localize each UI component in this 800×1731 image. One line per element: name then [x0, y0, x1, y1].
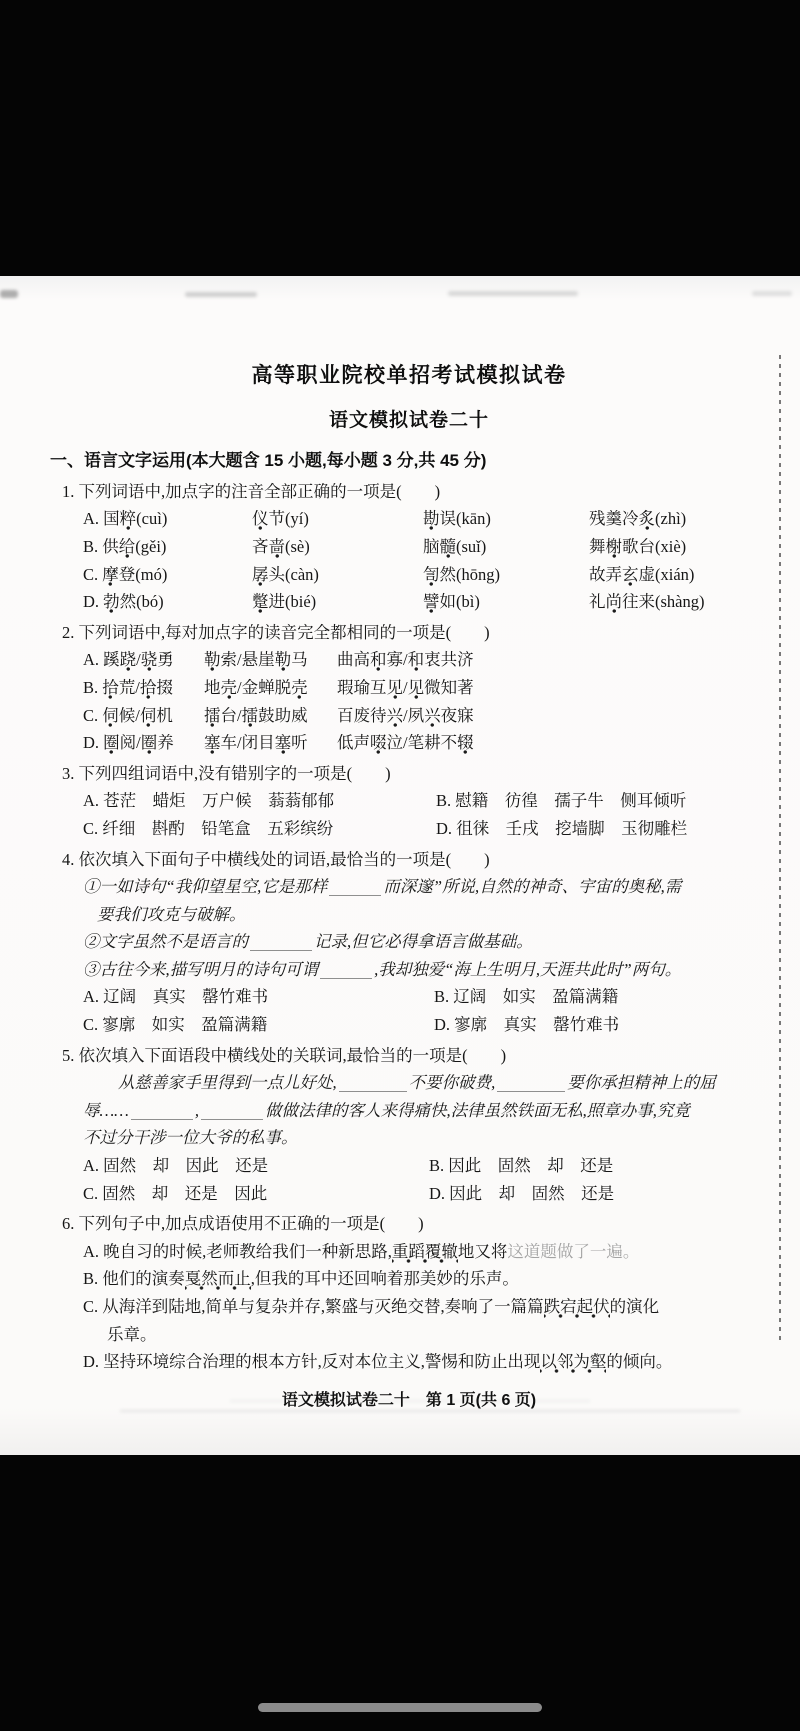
text-segment: 进(bié) [269, 592, 317, 611]
option-cell: 譬如(bì) [423, 588, 589, 616]
text-segment: B. 慰籍 彷徨 孺子牛 侧耳倾听 [436, 791, 686, 810]
emphasized-text: 壳 [221, 678, 238, 699]
option-cell: 舞榭歌台(xiè) [589, 533, 768, 561]
text-segment: D. 寥廓 真实 罄竹难书 [434, 1015, 619, 1034]
text-segment: 衷共济 [424, 650, 474, 669]
text-segment: (cuì) [136, 509, 167, 528]
text-segment: 记录,但它必得拿语言做基础。 [314, 932, 533, 951]
emphasized-text: 见 [408, 678, 425, 699]
question-stem-text: 下列四组词语中,没有错别字的一项是( ) [79, 764, 391, 783]
option-cell: 孱头(càn) [252, 561, 423, 589]
blank-line [250, 934, 312, 952]
option-cell: A. 辽阔 真实 罄竹难书 [83, 983, 434, 1011]
text-segment: B. [83, 678, 102, 697]
emphasized-text: 譬 [423, 592, 440, 613]
option-cell: B. 慰籍 彷徨 孺子牛 侧耳倾听 [436, 787, 768, 815]
text-segment: 而深邃”所说,自然的神奇、宇宙的奥秘,需 [383, 877, 681, 896]
text-segment: 要我们攻克与破解。 [97, 905, 246, 924]
option-cell: B. 拾荒/拾掇 [83, 674, 204, 702]
text-segment: 这道题做了一遍。 [507, 1242, 639, 1261]
question-stem-text: 下列句子中,加点成语使用不正确的一项是( ) [79, 1214, 424, 1233]
option-row: D. 圈阅/圈养塞车/闭目塞听低声啜泣/笔耕不辍 [83, 729, 768, 757]
emphasized-text: 戛然而止 [185, 1269, 251, 1290]
text-segment: B. 因此 固然 却 还是 [429, 1156, 613, 1175]
question-3: 3. 下列四组词语中,没有错别字的一项是( )A. 苍茫 蜡炬 万户候 蓊蓊郁郁… [50, 760, 768, 843]
question-paragraph: ②文字虽然不是语言的记录,但它必得拿语言做基础。 [83, 928, 768, 956]
text-segment: A. 蹊 [83, 650, 120, 669]
text-segment: 掇 [156, 678, 173, 697]
question-paragraph: A. 晚自习的时候,老师教给我们一种新思路,重蹈覆辙地又将这道题做了一遍。 [83, 1238, 768, 1266]
text-segment: ,我却独爱“海上生明月,天涯共此时”两句。 [374, 960, 681, 979]
option-cell: A. 国粹(cuì) [83, 505, 252, 533]
question-number: 4. [62, 850, 79, 869]
text-segment: 歌台(xiè) [622, 537, 686, 556]
text-segment: 听 [291, 733, 308, 752]
text-segment: /金蝉脱 [237, 678, 291, 697]
question-stem: 2. 下列词语中,每对加点字的读音完全都相同的一项是( ) [62, 619, 768, 647]
question-stem: 3. 下列四组词语中,没有错别字的一项是( ) [62, 760, 768, 788]
question-paragraph: D. 坚持环境综合治理的根本方针,反对本位主义,警惕和防止出现以邻为壑的倾向。 [83, 1348, 768, 1376]
text-segment: , [195, 1101, 199, 1120]
paper-subtitle: 语文模拟试卷二十 [50, 407, 768, 435]
text-segment: 往来(shàng) [622, 592, 704, 611]
emphasized-text: 勒 [275, 650, 292, 671]
option-cell: B. 因此 固然 却 还是 [429, 1152, 768, 1180]
text-segment: 鼓助威 [258, 706, 308, 725]
question-paragraph: 乐章。 [107, 1321, 768, 1349]
text-segment: 要你承担精神上的屈 [567, 1073, 716, 1092]
option-cell: B. 辽阔 如实 盈篇满籍 [434, 983, 768, 1011]
emphasized-text: 圈 [141, 733, 158, 754]
text-segment: D. [83, 733, 103, 752]
option-cell: 低声啜泣/笔耕不辍 [337, 729, 768, 757]
emphasized-text: 跷 [120, 650, 137, 671]
option-row: B. 拾荒/拾掇地壳/金蝉脱壳瑕瑜互见/见微知著 [83, 674, 768, 702]
text-segment: A. 辽阔 真实 罄竹难书 [83, 987, 268, 1006]
option-cell: 擂台/擂鼓助威 [204, 702, 337, 730]
text-segment: A. 苍茫 蜡炬 万户候 蓊蓊郁郁 [83, 791, 334, 810]
option-row: A. 苍茫 蜡炬 万户候 蓊蓊郁郁B. 慰籍 彷徨 孺子牛 侧耳倾听 [83, 787, 768, 815]
text-segment: 残羹冷 [589, 509, 639, 528]
option-cell: 訇然(hōng) [423, 561, 589, 589]
question-stem-text: 下列词语中,每对加点字的读音完全都相同的一项是( ) [79, 623, 490, 642]
text-segment: 泣/笔耕不 [387, 733, 458, 752]
question-number: 3. [62, 764, 79, 783]
option-row: C. 寥廓 如实 盈篇满籍D. 寥廓 真实 罄竹难书 [83, 1011, 768, 1039]
text-segment: 马 [291, 650, 308, 669]
question-stem: 1. 下列词语中,加点字的注音全部正确的一项是( ) [62, 478, 768, 506]
emphasized-text: 以邻为壑 [540, 1352, 606, 1373]
text-segment: B. 辽阔 如实 盈篇满籍 [434, 987, 618, 1006]
emphasized-text: 仪 [252, 509, 269, 530]
section-heading: 一、语言文字运用(本大题含 15 小题,每小题 3 分,共 45 分) [50, 447, 768, 475]
text-segment: 瑕瑜互 [337, 678, 387, 697]
option-cell: 塞车/闭目塞听 [204, 729, 337, 757]
option-row: C. 伺候/伺机擂台/擂鼓助威百废待兴/夙兴夜寐 [83, 702, 768, 730]
option-cell: 瑕瑜互见/见微知著 [337, 674, 768, 702]
option-row: A. 固然 却 因此 还是B. 因此 固然 却 还是 [83, 1152, 768, 1180]
text-segment: 机 [156, 706, 173, 725]
emphasized-text: 髓 [440, 537, 457, 558]
option-row: C. 摩登(mó)孱头(càn)訇然(hōng)故弄玄虚(xián) [83, 561, 768, 589]
text-segment: 索/悬崖 [221, 650, 275, 669]
text-segment: D. [83, 592, 103, 611]
blank-line [131, 1102, 193, 1120]
option-cell: 勘误(kān) [423, 505, 589, 533]
text-segment: 地又将 [458, 1242, 508, 1261]
emphasized-text: 圈 [103, 733, 120, 754]
text-segment: 寡/ [387, 650, 408, 669]
question-stem-text: 依次填入下面语段中横线处的关联词,最恰当的一项是( ) [79, 1046, 507, 1065]
question-paragraph: C. 从海洋到陆地,简单与复杂并存,繁盛与灭绝交替,奏响了一篇篇跌宕起伏的演化 [83, 1293, 768, 1321]
option-row: C. 纤细 斟酌 铅笔盒 五彩缤纷D. 徂徕 壬戌 挖墙脚 玉彻雕栏 [83, 815, 768, 843]
text-segment: 阅/ [120, 733, 141, 752]
text-segment: B. 供 [83, 537, 119, 556]
text-segment: 低声 [337, 733, 370, 752]
text-segment: A. 固然 却 因此 还是 [83, 1156, 268, 1175]
text-segment: (zhì) [655, 509, 686, 528]
option-row: C. 固然 却 还是 因此D. 因此 却 固然 还是 [83, 1180, 768, 1208]
text-segment: 礼 [589, 592, 606, 611]
text-segment: 的倾向。 [606, 1352, 672, 1371]
option-cell: D. 徂徕 壬戌 挖墙脚 玉彻雕栏 [436, 815, 768, 843]
emphasized-text: 骁 [141, 650, 158, 671]
question-number: 1. [62, 482, 79, 501]
question-paragraph: ①一如诗句“我仰望星空,它是那样而深邃”所说,自然的神奇、宇宙的奥秘,需 [83, 873, 768, 901]
option-cell: 残羹冷炙(zhì) [589, 505, 768, 533]
emphasized-text: 勘 [423, 509, 440, 530]
option-cell: D. 圈阅/圈养 [83, 729, 204, 757]
text-segment: 头(càn) [269, 565, 319, 584]
question-paragraph: ③古往今来,描写明月的诗句可谓,我却独爱“海上生明月,天涯共此时”两句。 [83, 956, 768, 984]
option-cell: 百废待兴/夙兴夜寐 [337, 702, 768, 730]
option-cell: A. 固然 却 因此 还是 [83, 1152, 429, 1180]
text-segment: / [403, 678, 408, 697]
option-cell: 故弄玄虚(xián) [589, 561, 768, 589]
question-stem-text: 下列词语中,加点字的注音全部正确的一项是( ) [79, 482, 441, 501]
emphasized-text: 勒 [204, 650, 221, 671]
text-segment: ,但我的耳中还回响着那美妙的乐声。 [251, 1269, 519, 1288]
text-segment: ①一如诗句“我仰望星空,它是那样 [83, 877, 327, 896]
text-segment: 百废待 [337, 706, 387, 725]
question-number: 6. [62, 1214, 79, 1233]
text-segment: D. 因此 却 固然 还是 [429, 1184, 614, 1203]
text-segment: 不过分干涉一位大爷的私事。 [83, 1128, 298, 1147]
home-indicator[interactable] [258, 1703, 542, 1712]
emphasized-text: 訇 [423, 565, 440, 586]
text-segment: C. 从海洋到陆地,简单与复杂并存,繁盛与灭绝交替,奏响了一篇篇 [83, 1297, 544, 1316]
emphasized-text: 勃 [103, 592, 120, 613]
emphasized-text: 拾 [140, 678, 157, 699]
emphasized-text: 摩 [102, 565, 119, 586]
text-segment: 节(yí) [269, 509, 309, 528]
option-cell: C. 伺候/伺机 [83, 702, 204, 730]
option-cell: C. 寥廓 如实 盈篇满籍 [83, 1011, 434, 1039]
text-segment: 脑 [423, 537, 440, 556]
emphasized-text: 塞 [275, 733, 292, 754]
emphasized-text: 伺 [140, 706, 157, 727]
blank-line [201, 1102, 263, 1120]
emphasized-text: 跌宕起伏 [544, 1297, 610, 1318]
option-row: D. 勃然(bó)蹩进(bié)譬如(bì)礼尚往来(shàng) [83, 588, 768, 616]
text-segment: 的演化 [610, 1297, 660, 1316]
text-segment: /夙 [403, 706, 424, 725]
text-segment: 养 [157, 733, 174, 752]
top-letterbox [0, 0, 800, 276]
text-segment: 夜寐 [441, 706, 474, 725]
emphasized-text: 和 [370, 650, 387, 671]
question-stem: 6. 下列句子中,加点成语使用不正确的一项是( ) [62, 1210, 768, 1238]
text-segment: 故弄 [589, 565, 622, 584]
text-segment: ②文字虽然不是语言的 [83, 932, 248, 951]
option-cell: A. 蹊跷/骁勇 [83, 646, 204, 674]
text-segment: 吝 [252, 537, 269, 556]
paper-title: 高等职业院校单招考试模拟试卷 [50, 362, 768, 390]
question-paragraph: 不过分干涉一位大爷的私事。 [83, 1124, 768, 1152]
emphasized-text: 拾 [102, 678, 119, 699]
text-segment: 辱…… [83, 1101, 129, 1120]
option-cell: 蹩进(bié) [252, 588, 423, 616]
emphasized-text: 炙 [639, 509, 656, 530]
emphasized-text: 啬 [269, 537, 286, 558]
emphasized-text: 尚 [606, 592, 623, 613]
bottom-letterbox [0, 1455, 800, 1731]
text-segment: 地 [204, 678, 221, 697]
emphasized-text: 重蹈覆辙 [392, 1242, 458, 1263]
emphasized-text: 粹 [120, 509, 137, 530]
emphasized-text: 塞 [204, 733, 221, 754]
option-cell: B. 供给(gěi) [83, 533, 252, 561]
question-stem: 5. 依次填入下面语段中横线处的关联词,最恰当的一项是( ) [62, 1042, 768, 1070]
blank-line [329, 879, 381, 897]
option-cell: 曲高和寡/和衷共济 [337, 646, 768, 674]
text-segment: 登(mó) [119, 565, 168, 584]
option-row: A. 蹊跷/骁勇勒索/悬崖勒马曲高和寡/和衷共济 [83, 646, 768, 674]
emphasized-text: 兴 [387, 706, 404, 727]
text-segment: 舞 [589, 537, 606, 556]
option-cell: 勒索/悬崖勒马 [204, 646, 337, 674]
text-segment: 然(hōng) [440, 565, 501, 584]
emphasized-text: 啜 [370, 733, 387, 754]
text-segment: C. [83, 706, 102, 725]
text-segment: 然(bó) [120, 592, 164, 611]
text-segment: ③古往今来,描写明月的诗句可谓 [83, 960, 318, 979]
option-cell: 礼尚往来(shàng) [589, 588, 768, 616]
option-cell: D. 勃然(bó) [83, 588, 252, 616]
text-segment: C. [83, 565, 102, 584]
emphasized-text: 和 [408, 650, 425, 671]
text-segment: 虚(xián) [639, 565, 695, 584]
option-cell: 脑髓(suǐ) [423, 533, 589, 561]
option-cell: C. 固然 却 还是 因此 [83, 1180, 429, 1208]
text-segment: 微知著 [424, 678, 474, 697]
text-segment: 勇 [157, 650, 174, 669]
emphasized-text: 榭 [606, 537, 623, 558]
emphasized-text: 给 [119, 537, 136, 558]
questions: 1. 下列词语中,加点字的注音全部正确的一项是( )A. 国粹(cuì)仪节(y… [50, 478, 768, 1376]
option-cell: C. 纤细 斟酌 铅笔盒 五彩缤纷 [83, 815, 436, 843]
emphasized-text: 伺 [102, 706, 119, 727]
option-cell: D. 寥廓 真实 罄竹难书 [434, 1011, 768, 1039]
question-number: 2. [62, 623, 79, 642]
emphasized-text: 擂 [242, 706, 259, 727]
emphasized-text: 壳 [291, 678, 308, 699]
emphasized-text: 兴 [424, 706, 441, 727]
text-segment: 曲高 [337, 650, 370, 669]
exam-paper-page[interactable]: 高等职业院校单招考试模拟试卷 语文模拟试卷二十 一、语言文字运用(本大题含 15… [0, 276, 800, 1455]
text-segment: C. 寥廓 如实 盈篇满籍 [83, 1015, 267, 1034]
question-5: 5. 依次填入下面语段中横线处的关联词,最恰当的一项是( )从慈善家手里得到一点… [50, 1042, 768, 1208]
option-cell: C. 摩登(mó) [83, 561, 252, 589]
blank-line [320, 961, 372, 979]
page-footer: 语文模拟试卷二十 第 1 页(共 6 页) [50, 1387, 768, 1415]
emphasized-text: 见 [387, 678, 404, 699]
phone-screen: 高等职业院校单招考试模拟试卷 语文模拟试卷二十 一、语言文字运用(本大题含 15… [0, 0, 800, 1731]
text-segment: 如(bì) [440, 592, 480, 611]
option-row: A. 辽阔 真实 罄竹难书B. 辽阔 如实 盈篇满籍 [83, 983, 768, 1011]
text-segment: C. 纤细 斟酌 铅笔盒 五彩缤纷 [83, 819, 333, 838]
text-segment: 车/闭目 [221, 733, 275, 752]
text-segment: 误(kān) [440, 509, 491, 528]
text-segment: D. 徂徕 壬戌 挖墙脚 玉彻雕栏 [436, 819, 687, 838]
question-6: 6. 下列句子中,加点成语使用不正确的一项是( )A. 晚自习的时候,老师教给我… [50, 1210, 768, 1376]
text-segment: 从慈善家手里得到一点儿好处, [118, 1073, 337, 1092]
emphasized-text: 辍 [457, 733, 474, 754]
text-segment: 做做法律的客人来得痛快,法律虽然铁面无私,照章办事,究竟 [265, 1101, 690, 1120]
text-segment: 乐章。 [107, 1325, 157, 1344]
question-stem: 4. 依次填入下面句子中横线处的词语,最恰当的一项是( ) [62, 846, 768, 874]
emphasized-text: 蹩 [252, 592, 269, 613]
text-segment: (suǐ) [456, 537, 486, 556]
option-cell: 吝啬(sè) [252, 533, 423, 561]
text-segment: D. 坚持环境综合治理的根本方针,反对本位主义,警惕和防止出现 [83, 1352, 540, 1371]
question-paragraph: B. 他们的演奏戛然而止,但我的耳中还回响着那美妙的乐声。 [83, 1265, 768, 1293]
question-1: 1. 下列词语中,加点字的注音全部正确的一项是( )A. 国粹(cuì)仪节(y… [50, 478, 768, 616]
question-4: 4. 依次填入下面句子中横线处的词语,最恰当的一项是( )①一如诗句“我仰望星空… [50, 846, 768, 1039]
text-segment: B. 他们的演奏 [83, 1269, 185, 1288]
exam-content: 高等职业院校单招考试模拟试卷 语文模拟试卷二十 一、语言文字运用(本大题含 15… [0, 276, 800, 1414]
question-stem-text: 依次填入下面句子中横线处的词语,最恰当的一项是( ) [79, 850, 490, 869]
text-segment: 不要你破费, [409, 1073, 496, 1092]
option-row: B. 供给(gěi)吝啬(sè)脑髓(suǐ)舞榭歌台(xiè) [83, 533, 768, 561]
text-segment: A. 国 [83, 509, 120, 528]
option-row: A. 国粹(cuì)仪节(yí)勘误(kān)残羹冷炙(zhì) [83, 505, 768, 533]
text-segment: C. 固然 却 还是 因此 [83, 1184, 267, 1203]
text-segment: 候/ [119, 706, 140, 725]
option-cell: 地壳/金蝉脱壳 [204, 674, 337, 702]
option-cell: 仪节(yí) [252, 505, 423, 533]
option-cell: A. 苍茫 蜡炬 万户候 蓊蓊郁郁 [83, 787, 436, 815]
text-segment: 荒/ [119, 678, 140, 697]
blank-line [497, 1075, 565, 1093]
text-segment: 台/ [221, 706, 242, 725]
question-paragraph: 辱……,做做法律的客人来得痛快,法律虽然铁面无私,照章办事,究竟 [83, 1097, 768, 1125]
blank-line [339, 1075, 407, 1093]
question-paragraph: 从慈善家手里得到一点儿好处,不要你破费,要你承担精神上的屈 [83, 1069, 768, 1097]
question-2: 2. 下列词语中,每对加点字的读音完全都相同的一项是( )A. 蹊跷/骁勇勒索/… [50, 619, 768, 757]
text-segment: (sè) [285, 537, 310, 556]
question-paragraph: 要我们攻克与破解。 [97, 901, 768, 929]
option-cell: D. 因此 却 固然 还是 [429, 1180, 768, 1208]
text-segment: A. 晚自习的时候,老师教给我们一种新思路, [83, 1242, 392, 1261]
emphasized-text: 孱 [252, 565, 269, 586]
emphasized-text: 擂 [204, 706, 221, 727]
text-segment: (gěi) [135, 537, 166, 556]
emphasized-text: 玄 [622, 565, 639, 586]
question-number: 5. [62, 1046, 79, 1065]
